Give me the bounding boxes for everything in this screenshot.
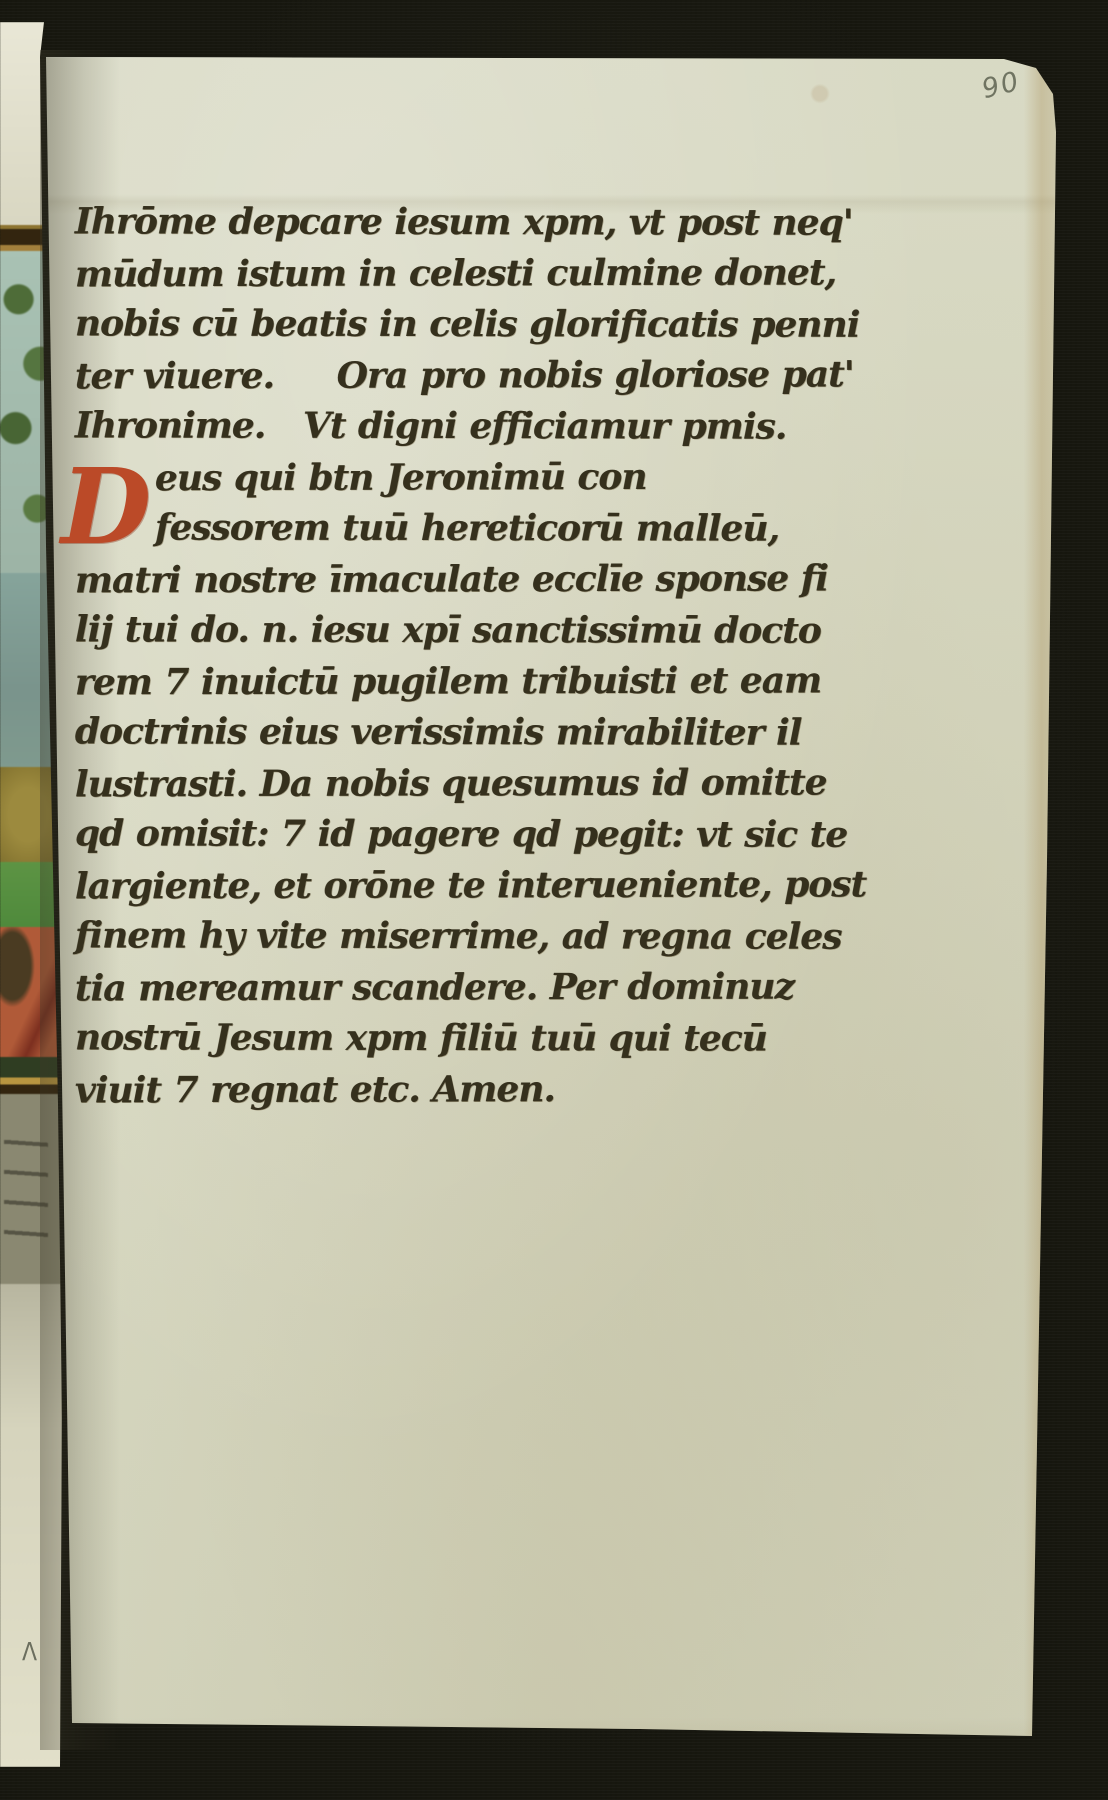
text-line: finem hy vite miserrime, ad regna celes xyxy=(75,910,765,962)
text-block: D Ihrōme depcare iesum xpm, vt post neq'… xyxy=(75,197,765,1115)
facing-page-script-marks xyxy=(4,1124,48,1244)
miniature-golden-form xyxy=(0,767,62,862)
pencil-caret-mark: Λ xyxy=(22,1638,37,1667)
text-line: fessorem tuū hereticorū malleū, xyxy=(75,502,765,554)
text-line: ter viuere. Ora pro nobis gloriose pat' xyxy=(75,350,765,403)
text-line: mūdum istum in celesti culmine donet, xyxy=(75,248,765,301)
photograph-background: 90 Λ D Ihrōme depcare iesum xpm, vt post… xyxy=(0,0,1108,1800)
text-line: tia mereamur scandere. Per dominuz xyxy=(75,962,765,1015)
text-line: largiente, et orōne te interueniente, po… xyxy=(75,860,765,913)
text-line: doctrinis eius verissimis mirabiliter il xyxy=(75,706,765,758)
text-line: nostrū Jesum xpm filiū tuū qui tecū xyxy=(75,1012,765,1064)
miniature-figure-robe xyxy=(0,927,62,1057)
facing-page-bottom-margin xyxy=(0,1284,62,1767)
miniature-distant-landscape xyxy=(0,573,62,767)
miniature-grass xyxy=(0,862,62,927)
rubric-initial-d: D xyxy=(61,455,151,559)
miniature-frame-bottom xyxy=(0,1057,62,1094)
text-line: qd omisit: 7 id pagere qd pegit: vt sic … xyxy=(75,808,765,860)
text-line: Ihrōme depcare iesum xpm, vt post neq' xyxy=(75,196,765,248)
text-line: lij tui do. n. iesu xpī sanctissimū doct… xyxy=(75,604,765,656)
text-line: matri nostre īmaculate ecclīe sponse fi xyxy=(75,554,765,607)
text-line: eus qui btn Jeronimū con xyxy=(75,452,765,505)
text-line: rem 7 inuictū pugilem tribuisti et eam xyxy=(75,656,765,709)
text-line: viuit 7 regnat etc. Amen. xyxy=(75,1064,765,1117)
text-line: Ihronime. Vt digni efficiamur pmis. xyxy=(75,400,765,452)
text-line: lustrasti. Da nobis quesumus id omitte xyxy=(75,758,765,811)
facing-page-script-zone xyxy=(0,1094,62,1284)
text-line: nobis cū beatis in celis glorificatis pe… xyxy=(75,298,765,350)
